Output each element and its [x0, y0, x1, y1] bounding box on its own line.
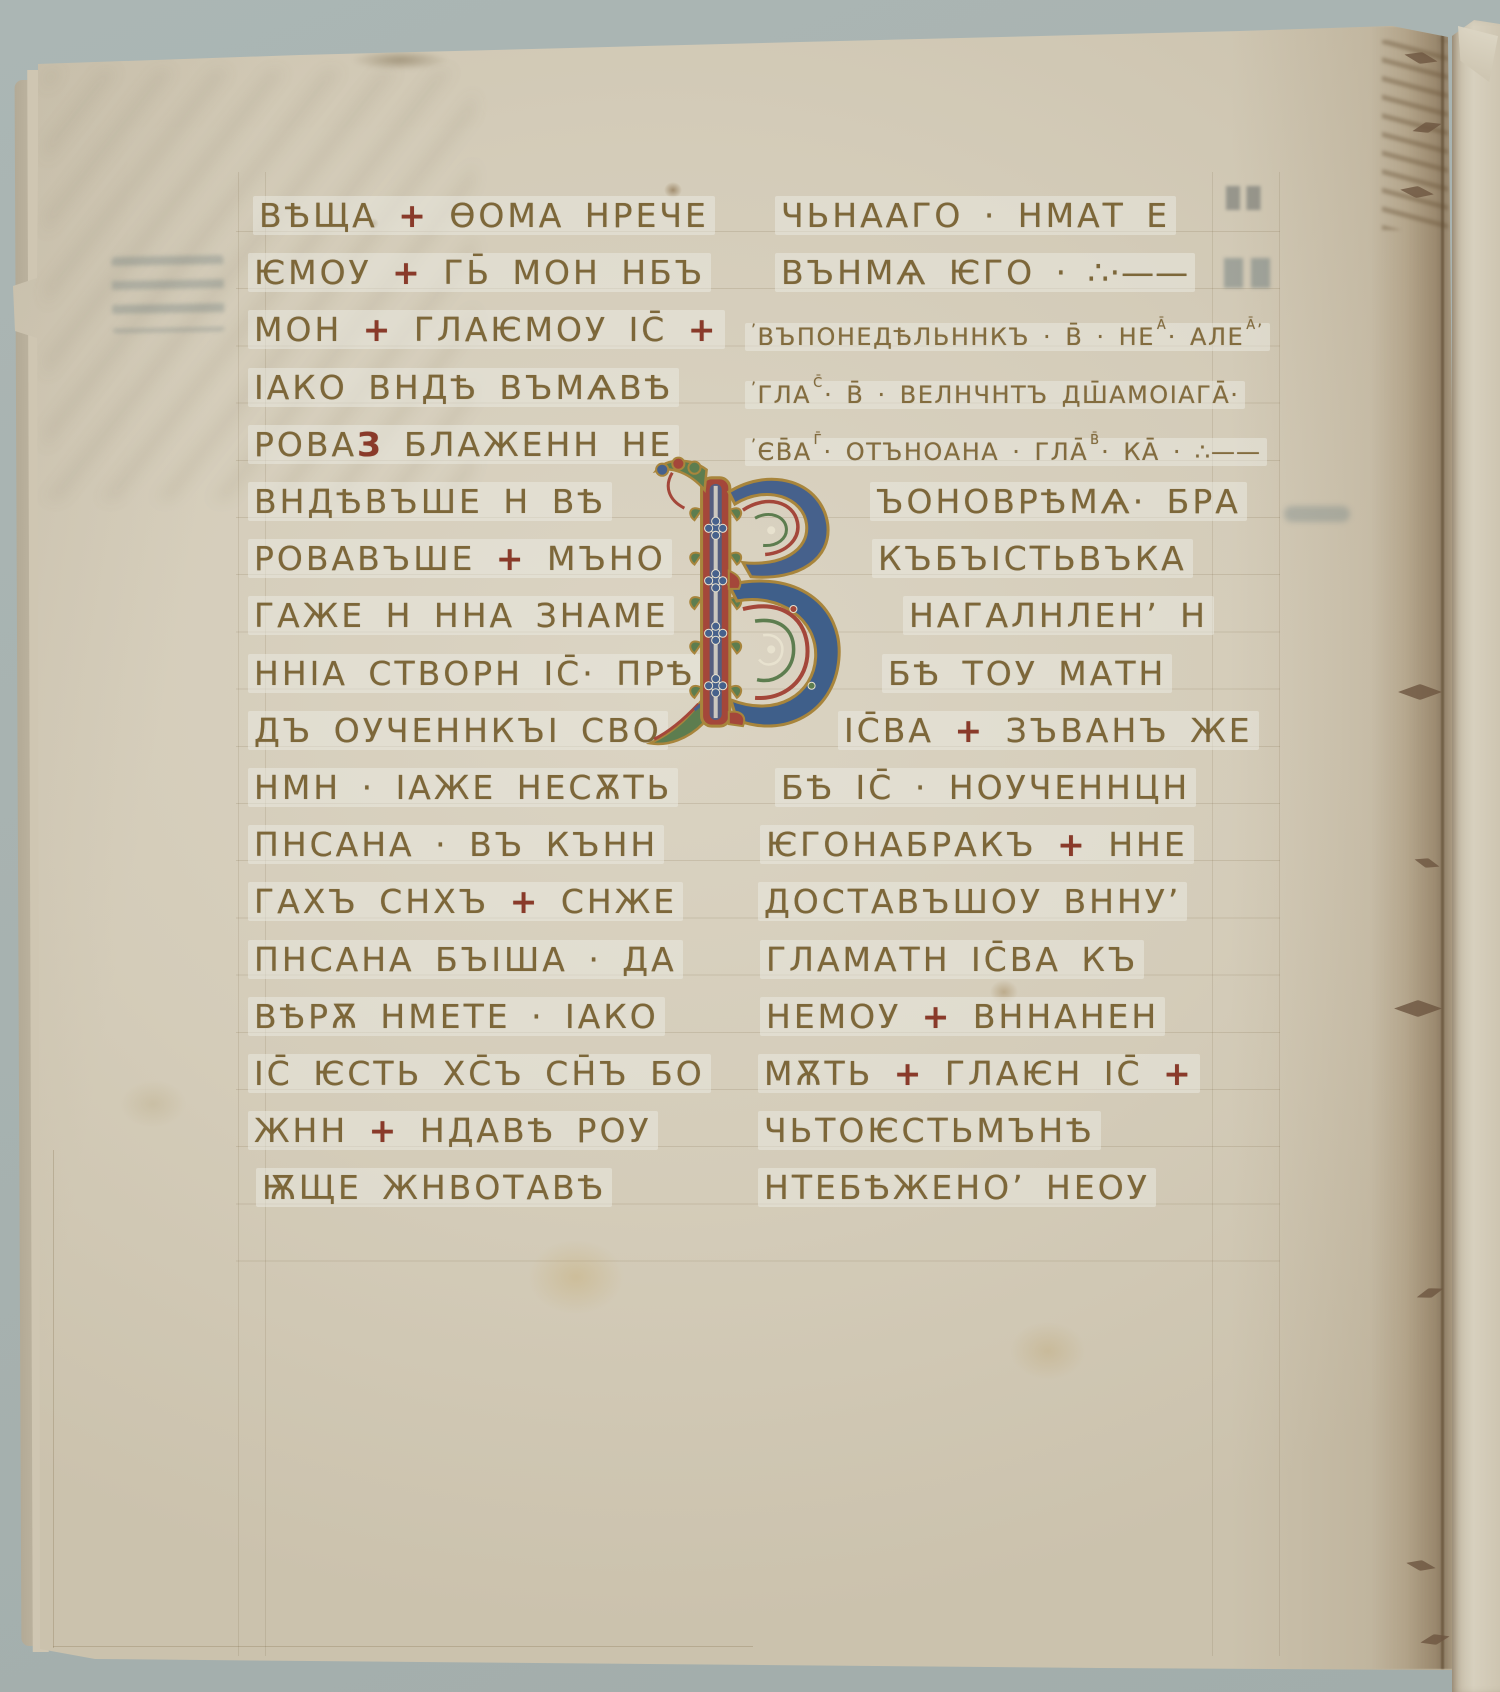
show-through-text [1284, 506, 1350, 522]
ruling-line-vertical [1279, 172, 1280, 1656]
text-line: ГАХЪ СНХЪ + СНЖЕ [248, 882, 683, 924]
text-line: ’ВЪПОНЕДѢЛЬННКЪ · В̄ · НЕА̄· АЛЕА̄’ [745, 317, 1270, 359]
parchment-leaf [0, 0, 1500, 1692]
text-line: ІС̄ ѤСТЬ ХС̄Ъ СН̄Ъ БО [248, 1054, 711, 1096]
text-line: ВНДѢВЪШЕ Н ВѢ [248, 482, 612, 524]
text-line: ЧЬТОѤСТЬМЪНѢ [758, 1111, 1101, 1153]
next-folio-edge [1452, 20, 1500, 1692]
show-through-text [111, 255, 224, 333]
text-line: НАГАЛНЛЕН’ Н [903, 596, 1214, 638]
text-line: ДОСТАВЪШОУ ВННУ’ [758, 882, 1187, 924]
text-line: ѤМОУ + ГЬ̄ МОН НБЪ [248, 253, 711, 295]
illuminated-initial-V [642, 456, 856, 754]
text-line: БѢ ІС̄ · НОУЧЕННЦН [775, 768, 1196, 810]
initial-letter-artwork [642, 456, 856, 754]
text-line: ЪОНОВРѢМѦ· БРА [870, 482, 1247, 524]
manuscript-photo: ВѢЩА + ѲОМА НРЕЧЕѤМОУ + ГЬ̄ МОН НБЪМОН +… [0, 0, 1500, 1692]
text-line: ДЪ ОУЧЕННКЪІ СВО [248, 711, 668, 753]
text-line: ЧЬНААГО · НМАТ Е [775, 196, 1176, 238]
text-line: РОВАВЪШЕ + МЪНО [248, 539, 672, 581]
text-line: НЕМОУ + ВННАНЕН [760, 997, 1165, 1039]
stain [528, 1240, 624, 1314]
text-line: ВЪНМѦ ѤГО · ∴·—— [775, 253, 1195, 295]
text-line: ГАЖЕ Н ННА ЗНАМЕ [248, 596, 674, 638]
crease-line [53, 1646, 753, 1647]
text-line: ЖНН + НДАВѢ РОУ [248, 1111, 658, 1153]
text-line: ПНСАНА · ВЪ КЪНН [248, 825, 664, 867]
binding-crease [1441, 27, 1444, 1669]
text-line: ННІА СТВОРН ІС̄· ПРѢ [248, 654, 701, 696]
text-line: ’ГЛАС̄· В̄ · ВЕЛНЧНТЪ ДШ̄АМОІАГА̄· [745, 375, 1245, 417]
text-line: РОВАЗ БЛАЖЕНН НЕ [248, 425, 679, 467]
ruling-line-vertical [238, 172, 239, 1656]
text-line: ІС̄ВА + ЗЪВАНЪ ЖЕ [838, 711, 1259, 753]
text-line: МѪТЬ + ГЛАѤН ІС̄ + [758, 1054, 1200, 1096]
stain [1010, 1322, 1086, 1380]
text-line: ІАКО ВНДѢ ВЪМѦВѢ [248, 368, 679, 410]
text-line: ВѢРѪ НМЕТЕ · ІАКО [248, 997, 665, 1039]
stain [352, 50, 448, 70]
binding-wear [1382, 40, 1448, 230]
text-line: БѢ ТОУ МАТН [882, 654, 1172, 696]
binding-gutter [1372, 27, 1458, 1669]
text-line: ѤГОНАБРАКЪ + ННЕ [760, 825, 1194, 867]
text-line: ГЛАМАТН ІС̄ВА КЪ [760, 940, 1144, 982]
show-through-text [1224, 258, 1278, 288]
stain [120, 1080, 186, 1128]
text-line: ѬЩЕ ЖНВОТАВѢ [256, 1168, 612, 1210]
crease-line [53, 1150, 54, 1648]
text-line: НТЕБѢЖЕНО’ НЕОУ [758, 1168, 1156, 1210]
text-line: МОН + ГЛАѤМОУ ІС̄ + [248, 310, 725, 352]
show-through-text [1226, 186, 1272, 210]
text-line: КЪБЪІСТЬВЪКА [872, 539, 1193, 581]
text-line: НМН · ІАЖЕ НЕСѪТЬ [248, 768, 678, 810]
text-line: ВѢЩА + ѲОМА НРЕЧЕ [253, 196, 715, 238]
text-line: ПНСАНА БЪІША · ДА [248, 940, 683, 982]
